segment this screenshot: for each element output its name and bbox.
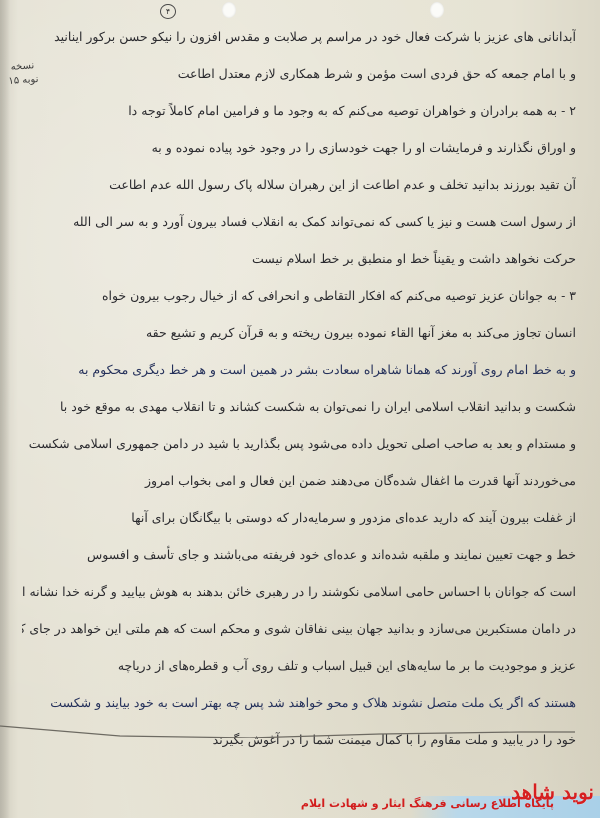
handwritten-line: از رسول است هست و نیز یا کسی که نمی‌توان… [22, 203, 576, 240]
circled-page-number: ۴ [160, 4, 176, 19]
handwritten-line: ۳ - به جوانان عزیز توصیه می‌کنم که افکار… [22, 277, 576, 314]
handwritten-line: هستند که اگر یک ملت متصل نشوند هلاک و مح… [22, 684, 576, 721]
handwritten-line: ۲ - به همه برادران و خواهران توصیه می‌کن… [22, 92, 576, 129]
watermark-caption: پایگاه اطلاع رسانی فرهنگ ایثار و شهادت ا… [301, 797, 554, 810]
handwritten-line: و اوراق نگذارند و فرمایشات او را جهت خود… [22, 129, 576, 166]
handwritten-line: و به خط امام روی آورند که همانا شاهراه س… [22, 351, 576, 388]
fold-crease [0, 724, 580, 738]
handwritten-line: می‌خوردند آنها قدرت ما اغفال شده‌گان می‌… [22, 462, 576, 499]
handwritten-line: آبدانانی های عزیز با شرکت فعال خود در مر… [22, 18, 576, 55]
handwritten-line: و با امام جمعه که حق فردی است مؤمن و شرط… [22, 55, 576, 92]
handwritten-line: خط و جهت تعیین نمایند و ملقبه شده‌اند و … [22, 536, 576, 573]
handwritten-line: در دامان مستکبرین می‌سازد و بدانید جهان … [22, 610, 576, 647]
handwritten-line: شکست و بدانید انقلاب اسلامی ایران را نمی… [22, 388, 576, 425]
punch-hole [222, 2, 236, 18]
handwritten-body: آبدانانی های عزیز با شرکت فعال خود در مر… [22, 18, 576, 758]
paper-edge [0, 0, 10, 818]
handwritten-line: از غفلت بیرون آیند که دارید عده‌ای مزدور… [22, 499, 576, 536]
handwritten-line: آن تقید بورزند بدانید تخلف و عدم اطاعت ا… [22, 166, 576, 203]
handwritten-line: انسان تجاوز می‌کند به مغز آنها القاء نمو… [22, 314, 576, 351]
handwritten-line: و مستدام و بعد به صاحب اصلی تحویل داده م… [22, 425, 576, 462]
handwritten-line: حرکت نخواهد داشت و یقیناً خط او منطبق بر… [22, 240, 576, 277]
handwritten-line: عزیز و موجودیت ما بر ما سایه‌های این قبی… [22, 647, 576, 684]
punch-hole [430, 2, 444, 18]
site-watermark: نوید شاهد پایگاه اطلاع رسانی فرهنگ ایثار… [410, 766, 600, 818]
handwritten-line: است که جوانان با احساس حامی اسلامی نکوشن… [22, 573, 576, 610]
scanned-letter-page: ۴ نسخه نوبه ۱۵ آبدانانی های عزیز با شرکت… [0, 0, 600, 818]
